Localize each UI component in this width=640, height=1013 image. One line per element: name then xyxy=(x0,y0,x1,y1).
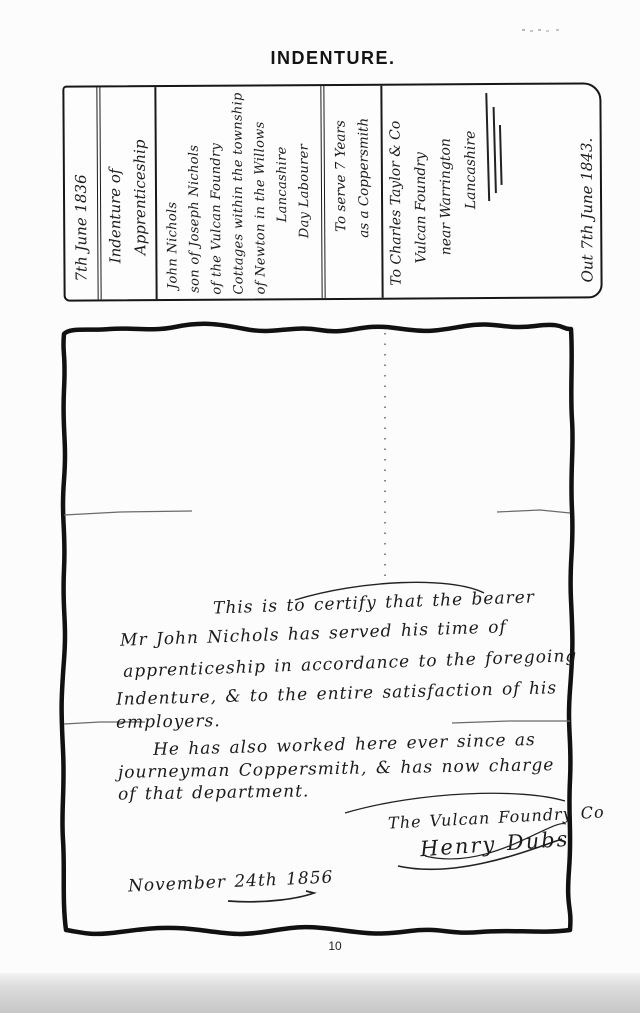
register-apprentice-line: Cottages within the township xyxy=(227,91,250,295)
register-master-line: To Charles Taylor & Co xyxy=(383,90,409,294)
page-number: 10 xyxy=(315,939,355,953)
certificate-line: journeyman Coppersmith, & has now charge xyxy=(118,755,555,783)
register-apprentice-line: Lancashire xyxy=(271,90,294,294)
certificate-line: of that department. xyxy=(118,781,310,804)
register-column-master: To Charles Taylor & Co Vulcan Foundry ne… xyxy=(382,84,600,297)
scan-noise xyxy=(522,29,525,31)
register-type-line: Apprenticeship xyxy=(127,91,153,295)
register-type-line: Indenture of xyxy=(102,91,128,295)
signatory-signature: Henry Dubs xyxy=(419,827,570,861)
underline-flourish xyxy=(486,89,506,201)
indenture-register-strip: 7th June 1836 Indenture of Apprenticeshi… xyxy=(62,82,602,301)
register-term-line: To serve 7 Years xyxy=(329,90,353,294)
register-master-line: near Warrington xyxy=(433,89,459,293)
register-date-text: 7th June 1836 xyxy=(71,91,90,295)
certificate-line: Mr John Nichols has served his time of xyxy=(120,617,507,650)
scanned-document-page: INDENTURE. 7th June 1836 Indenture of Ap… xyxy=(0,0,640,1013)
certificate-line: employers. xyxy=(116,711,221,733)
register-apprentice-line: John Nichols xyxy=(161,91,184,295)
scan-shadow-strip xyxy=(0,973,640,1013)
register-apprentice-line: Day Labourer xyxy=(293,90,316,294)
register-master-line: Vulcan Foundry xyxy=(408,89,434,293)
page-title: INDENTURE. xyxy=(13,48,640,69)
register-out-date: Out 7th June 1843. xyxy=(574,88,600,292)
fold-crease xyxy=(497,510,570,513)
date-underline xyxy=(228,891,314,902)
certificate-line: Indenture, & to the entire satisfaction … xyxy=(116,678,558,710)
register-column-type: Indenture of Apprenticeship xyxy=(100,87,157,299)
certificate-date: November 24th 1856 xyxy=(128,868,334,897)
register-column-apprentice: John Nichols son of Joseph Nichols of th… xyxy=(156,86,325,299)
fold-crease xyxy=(64,511,192,515)
certificate-line: apprenticeship in accordance to the fore… xyxy=(123,646,578,682)
register-term-line: as a Coppersmith xyxy=(352,90,376,294)
register-column-date: 7th June 1836 xyxy=(64,87,101,299)
register-column-term: To serve 7 Years as a Coppersmith xyxy=(324,86,383,298)
register-apprentice-line: son of Joseph Nichols xyxy=(183,91,206,295)
register-apprentice-line: of Newton in the Willows xyxy=(249,90,272,294)
fold-crease xyxy=(452,721,570,723)
register-apprentice-line: of the Vulcan Foundry xyxy=(205,91,228,295)
company-signature: The Vulcan Foundry Co xyxy=(388,802,605,832)
certificate-line: This is to certify that the bearer xyxy=(213,587,535,618)
register-master-line: Lancashire xyxy=(458,89,484,293)
